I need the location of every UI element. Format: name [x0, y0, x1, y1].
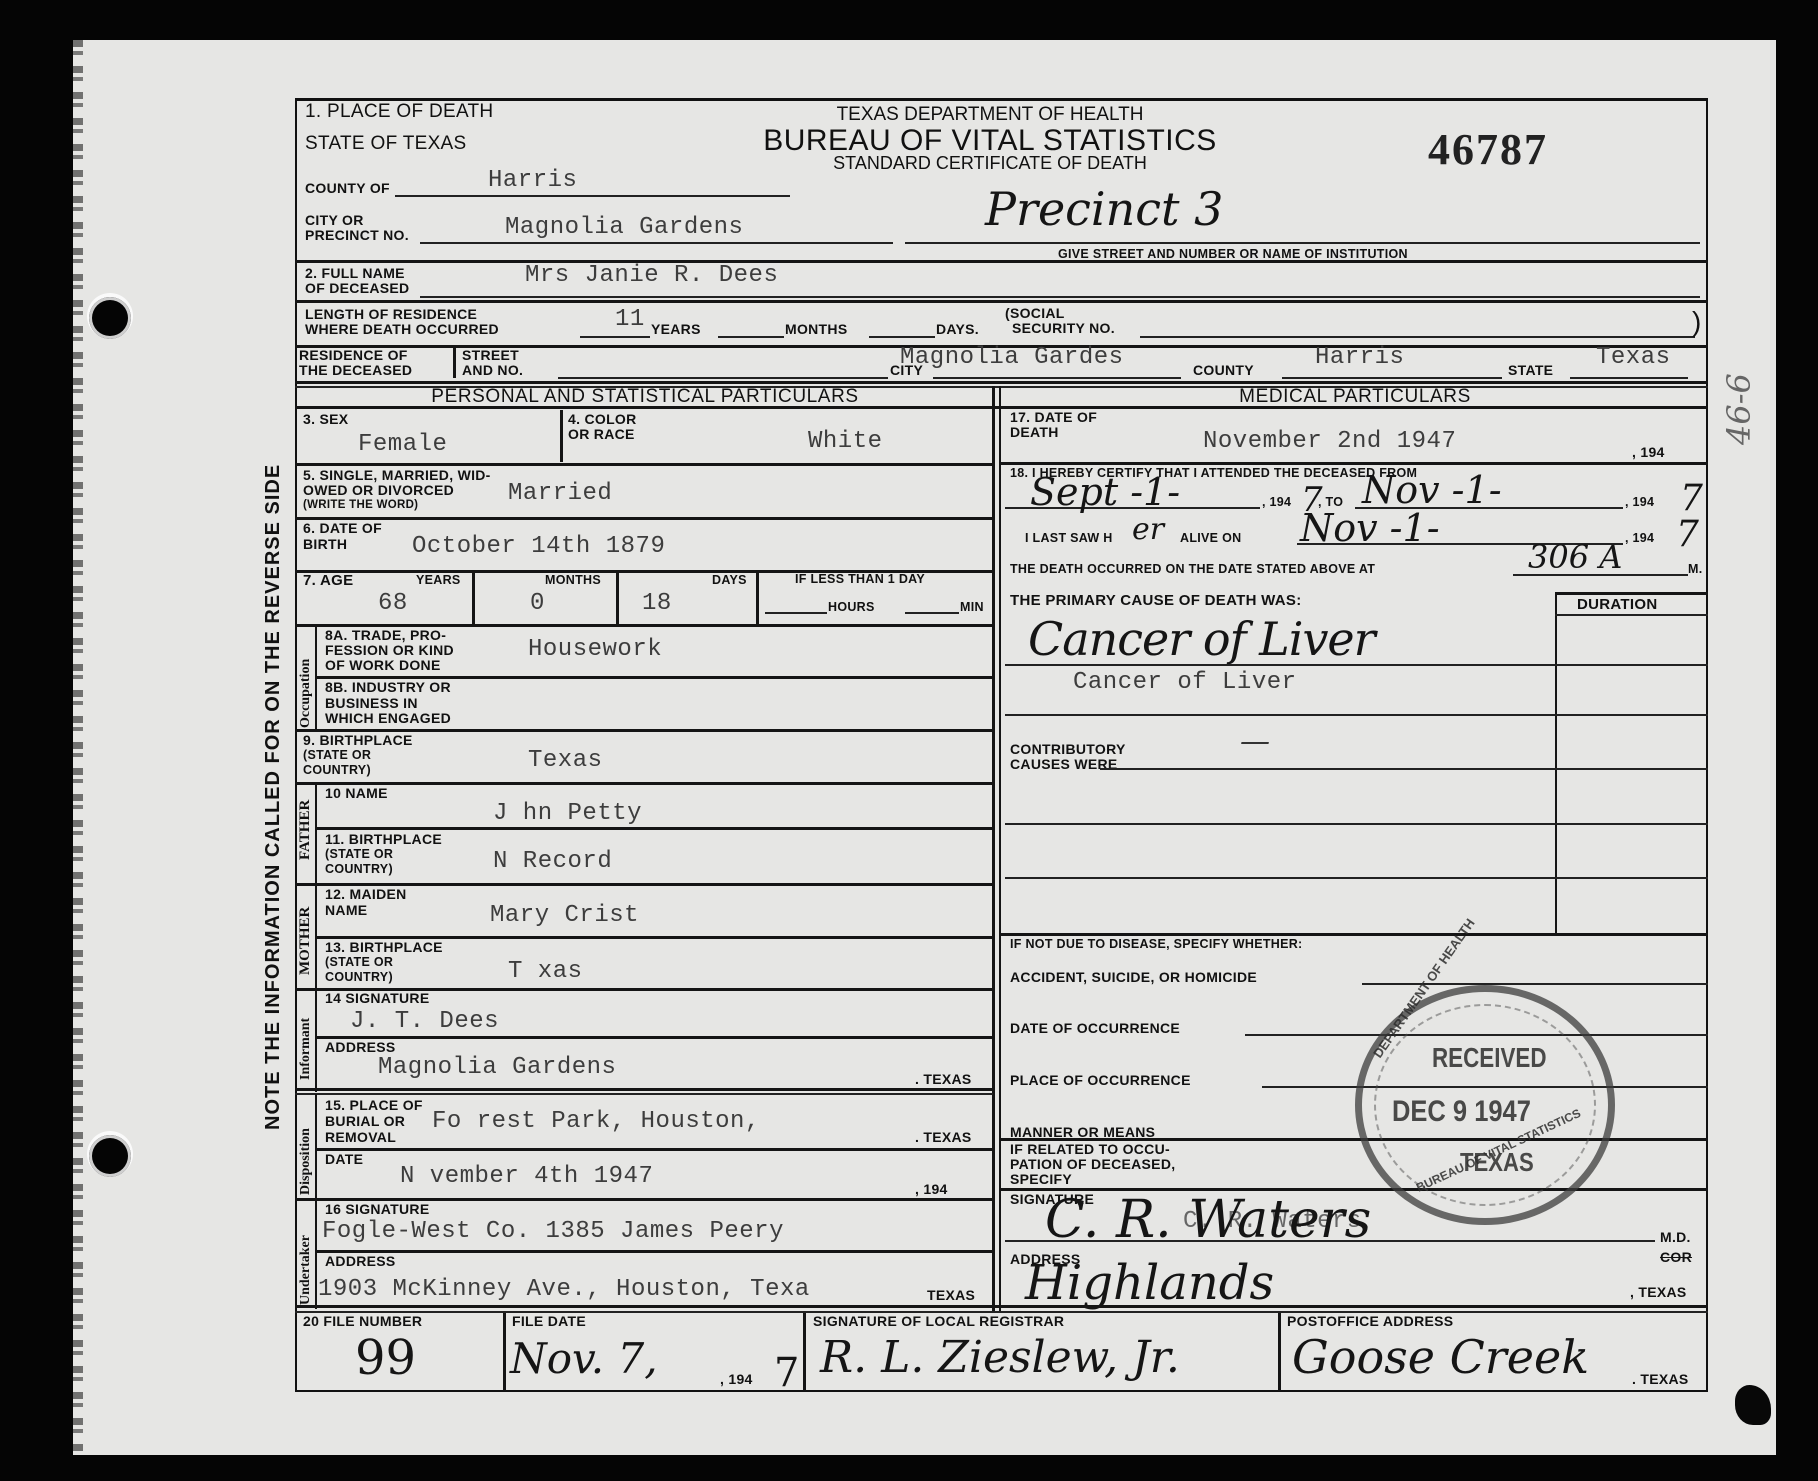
side-divider	[315, 783, 317, 885]
age-divider	[756, 572, 759, 624]
undertaker-address-value: 1903 McKinney Ave., Houston, Texa	[318, 1276, 810, 1303]
mother-name-label-1: 12. MAIDEN	[325, 887, 407, 902]
attended-to-year: 7	[1680, 478, 1703, 519]
column-divider-inner	[999, 386, 1001, 1311]
not-disease-label: IF NOT DUE TO DISEASE, SPECIFY WHETHER:	[1010, 938, 1303, 951]
hours-line	[765, 612, 827, 614]
min-line	[905, 612, 959, 614]
marital-label-1: 5. SINGLE, MARRIED, WID-	[303, 468, 491, 483]
duration-divider	[1555, 592, 1557, 935]
occ-related-label-2: PATION OF DECEASED,	[1010, 1157, 1175, 1172]
city-label-1: CITY OR	[305, 213, 364, 228]
accident-label: ACCIDENT, SUICIDE, OR HOMICIDE	[1010, 970, 1257, 985]
to-year-prefix: , 194	[1625, 496, 1654, 509]
state-label: STATE OF TEXAS	[305, 136, 467, 151]
burial-date-value: N vember 4th 1947	[400, 1163, 653, 1190]
last-saw-year-prefix: , 194	[1625, 532, 1654, 545]
age-months-label: MONTHS	[545, 574, 601, 587]
institution-line	[905, 242, 1700, 244]
county-label: COUNTY OF	[305, 181, 390, 196]
burial-place-value: Fo rest Park, Houston,	[432, 1108, 760, 1135]
signature-line	[1005, 1240, 1655, 1242]
informant-addr-label: ADDRESS	[325, 1040, 396, 1055]
age-years-label: YEARS	[416, 574, 461, 587]
torn-paper-edge	[73, 40, 83, 1455]
last-saw-pronoun: er	[1132, 512, 1164, 547]
birthplace-label-2: (STATE OR	[303, 749, 371, 762]
residence-of-label-1: RESIDENCE OF	[299, 348, 408, 363]
last-saw-year: 7	[1676, 514, 1699, 555]
header-certificate-type: STANDARD CERTIFICATE OF DEATH	[690, 153, 1290, 174]
contributory-line-1	[1100, 768, 1708, 770]
county-value: Harris	[488, 167, 577, 194]
full-name-value: Mrs Janie R. Dees	[525, 262, 778, 289]
duration-label: DURATION	[1577, 597, 1657, 612]
years-line	[580, 336, 650, 338]
dod-label-1: 17. DATE OF	[1010, 410, 1097, 425]
dob-label-1: 6. DATE OF	[303, 521, 382, 536]
undertaker-side-label: Undertaker	[298, 1235, 314, 1305]
postoffice-divider	[1278, 1313, 1281, 1391]
stamp-received: RECEIVED	[1432, 1042, 1547, 1074]
father-bp-label-1: 11. BIRTHPLACE	[325, 832, 442, 847]
duration-top	[1555, 592, 1708, 595]
informant-side-label: Informant	[298, 1018, 314, 1080]
occurrence-date-label: DATE OF OCCURRENCE	[1010, 1021, 1180, 1036]
informant-value: J. T. Dees	[350, 1008, 499, 1035]
burial-label-1: 15. PLACE OF	[325, 1098, 423, 1113]
sex-race-divider	[560, 410, 563, 462]
father-birthplace-value: N Record	[493, 848, 612, 875]
age-years-value: 68	[378, 590, 408, 617]
received-stamp: DEPARTMENT OF HEALTH RECEIVED DEC 9 1947…	[1355, 985, 1615, 1225]
father-name-label: 10 NAME	[325, 786, 388, 801]
postoffice-value: Goose Creek	[1292, 1330, 1589, 1384]
informant-texas: . TEXAS	[915, 1072, 972, 1087]
street-label-1: STREET	[462, 348, 519, 363]
residence-length-label-2: WHERE DEATH OCCURRED	[305, 322, 499, 337]
divider	[295, 406, 1708, 409]
trade-value: Housework	[528, 636, 662, 663]
informant-sig-label: 14 SIGNATURE	[325, 991, 429, 1006]
occ-related-label-3: SPECIFY	[1010, 1172, 1072, 1187]
divider	[295, 782, 993, 785]
file-divider	[503, 1313, 506, 1391]
divider	[295, 463, 993, 466]
res-state-label: STATE	[1508, 363, 1553, 378]
less-than-day-label: IF LESS THAN 1 DAY	[795, 573, 925, 586]
primary-cause-handwritten: Cancer of Liver	[1028, 612, 1375, 666]
precinct-handwritten: Precinct 3	[985, 182, 1223, 236]
column-divider	[992, 386, 995, 1311]
contributory-causes-value: —	[1240, 724, 1270, 759]
informant-address-value: Magnolia Gardens	[378, 1054, 616, 1081]
ssn-label-2: SECURITY NO.	[1012, 321, 1115, 336]
medical-section-title: MEDICAL PARTICULARS	[1005, 386, 1705, 408]
undertaker-texas: TEXAS	[927, 1288, 975, 1303]
occ-related-label-1: IF RELATED TO OCCU-	[1010, 1142, 1170, 1157]
full-name-line	[420, 296, 1700, 298]
residence-years-value: 11	[615, 306, 645, 333]
reverse-side-note: NOTE THE INFORMATION CALLED FOR ON THE R…	[262, 464, 285, 1130]
birthplace-label-3: COUNTRY)	[303, 764, 371, 777]
ssn-label-1: (SOCIAL	[1005, 306, 1065, 321]
header-department: TEXAS DEPARTMENT OF HEALTH	[690, 104, 1290, 126]
full-name-label-1: 2. FULL NAME	[305, 266, 405, 281]
occurrence-place-label: PLACE OF OCCURRENCE	[1010, 1073, 1191, 1088]
postoffice-label: POSTOFFICE ADDRESS	[1287, 1314, 1453, 1329]
age-days-value: 18	[642, 590, 672, 617]
county-line	[395, 195, 790, 197]
father-name-value: J hn Petty	[493, 800, 642, 827]
mother-birthplace-value: T xas	[508, 958, 583, 985]
res-county-line	[1282, 377, 1502, 379]
primary-cause-label: THE PRIMARY CAUSE OF DEATH WAS:	[1010, 593, 1302, 608]
side-divider	[315, 1199, 317, 1309]
accident-line	[1362, 983, 1708, 985]
mother-bp-label-3: COUNTRY)	[325, 971, 393, 984]
marital-label-3: (WRITE THE WORD)	[303, 499, 418, 512]
registrar-signature: R. L. Zieslew, Jr.	[820, 1332, 1180, 1383]
contributory-line-3	[1005, 877, 1708, 879]
res-state-line	[1570, 377, 1688, 379]
years-label: YEARS	[651, 322, 701, 337]
divider	[315, 1250, 993, 1253]
mother-name-value: Mary Crist	[490, 902, 639, 929]
death-time-value: 306 A	[1528, 538, 1622, 576]
full-name-label-2: OF DECEASED	[305, 281, 409, 296]
file-date-year-prefix: , 194	[720, 1372, 753, 1387]
days-label: DAYS.	[936, 322, 979, 337]
trade-label-2: FESSION OR KIND	[325, 643, 454, 658]
duration-head-line	[1555, 614, 1708, 616]
divider	[295, 1093, 993, 1095]
burial-texas: . TEXAS	[915, 1130, 972, 1145]
father-side-label: FATHER	[297, 800, 314, 860]
burial-label-2: BURIAL OR	[325, 1114, 405, 1129]
age-months-value: 0	[530, 590, 545, 617]
file-date-value: Nov. 7,	[510, 1334, 658, 1383]
sex-label: 3. SEX	[303, 412, 348, 427]
cause-line-1	[1005, 664, 1708, 666]
res-county-value: Harris	[1315, 344, 1404, 371]
dod-label-2: DEATH	[1010, 425, 1059, 440]
cor-label: COR	[1660, 1250, 1692, 1265]
death-time-label: THE DEATH OCCURRED ON THE DATE STATED AB…	[1010, 563, 1375, 576]
contributory-label-2: CAUSES WERE	[1010, 757, 1118, 772]
mother-name-label-2: NAME	[325, 903, 367, 918]
undertaker-addr-label: ADDRESS	[325, 1254, 396, 1269]
city-line	[420, 242, 893, 244]
age-divider	[472, 572, 475, 624]
father-bp-label-2: (STATE OR	[325, 848, 393, 861]
physician-address-value: Highlands	[1025, 1255, 1274, 1311]
from-year-prefix: , 194	[1262, 496, 1291, 509]
contributory-label-1: CONTRIBUTORY	[1010, 742, 1126, 757]
divider	[315, 1036, 993, 1039]
disposition-side-label: Disposition	[298, 1128, 314, 1195]
months-line	[718, 336, 784, 338]
age-divider	[616, 572, 619, 624]
punch-hole-top	[89, 297, 131, 339]
mother-side-label: MOTHER	[297, 907, 314, 975]
cause-line-2	[1005, 714, 1708, 716]
divider	[295, 300, 1708, 303]
file-date-year: 7	[774, 1350, 799, 1396]
divider	[295, 260, 1708, 263]
file-date-label: FILE DATE	[512, 1314, 586, 1329]
birthplace-label-1: 9. BIRTHPLACE	[303, 733, 413, 748]
age-label: 7. AGE	[303, 573, 353, 588]
res-city-line	[933, 377, 1181, 379]
divider	[295, 1305, 1708, 1308]
md-label: M.D.	[1660, 1230, 1691, 1245]
father-bp-label-3: COUNTRY)	[325, 863, 393, 876]
punch-hole-bottom	[89, 1135, 131, 1177]
industry-label-3: WHICH ENGAGED	[325, 711, 451, 726]
occupation-side-label: Occupation	[298, 659, 314, 728]
postoffice-texas: . TEXAS	[1632, 1372, 1689, 1387]
mother-bp-label-1: 13. BIRTHPLACE	[325, 940, 443, 955]
res-county-label: COUNTY	[1193, 363, 1254, 378]
m-suffix: M.	[1688, 563, 1703, 576]
contributory-line-2	[1005, 823, 1708, 825]
attended-from-value: Sept -1-	[1030, 470, 1180, 514]
res-city-value: Magnolia Gardes	[900, 344, 1124, 371]
street-line	[558, 377, 888, 379]
dob-label-2: BIRTH	[303, 537, 347, 552]
months-label: MONTHS	[785, 322, 847, 337]
divider	[315, 1148, 993, 1151]
physician-texas: , TEXAS	[1630, 1285, 1687, 1300]
file-number-label: 20 FILE NUMBER	[303, 1314, 422, 1329]
side-divider	[315, 1094, 317, 1199]
registrar-label: SIGNATURE OF LOCAL REGISTRAR	[813, 1314, 1064, 1329]
ssn-paren: )	[1692, 306, 1701, 338]
divider	[295, 1088, 993, 1091]
dod-year-suffix: , 194	[1632, 445, 1665, 460]
dob-value: October 14th 1879	[412, 533, 665, 560]
street-label-2: AND NO.	[462, 363, 523, 378]
mother-bp-label-2: (STATE OR	[325, 956, 393, 969]
divider	[1000, 933, 1708, 936]
file-number-value: 99	[355, 1330, 416, 1386]
marital-label-2: OWED OR DIVORCED	[303, 483, 454, 498]
hours-label: HOURS	[828, 601, 875, 614]
min-label: MIN	[960, 601, 984, 614]
last-saw-label-2: ALIVE ON	[1180, 532, 1241, 545]
burial-date-label: DATE	[325, 1152, 363, 1167]
registrar-divider	[803, 1313, 806, 1391]
sex-value: Female	[358, 431, 447, 458]
res-state-value: Texas	[1596, 344, 1671, 371]
divider	[295, 517, 993, 520]
last-saw-date-value: Nov -1-	[1300, 506, 1440, 550]
burial-label-3: REMOVAL	[325, 1130, 396, 1145]
divider	[315, 827, 993, 830]
residence-length-label-1: LENGTH OF RESIDENCE	[305, 307, 477, 322]
divider	[295, 381, 1708, 384]
race-label-2: OR RACE	[568, 427, 635, 442]
personal-section-title: PERSONAL AND STATISTICAL PARTICULARS	[300, 386, 990, 408]
stamp-date: DEC 9 1947	[1392, 1095, 1531, 1129]
days-line	[869, 336, 935, 338]
undertaker-value: Fogle-West Co. 1385 James Peery	[322, 1218, 784, 1245]
primary-cause-typed: Cancer of Liver	[1073, 669, 1297, 696]
divider	[1000, 462, 1708, 465]
date-of-death-value: November 2nd 1947	[1203, 428, 1456, 455]
certificate-number: 46787	[1428, 124, 1548, 175]
undertaker-sig-label: 16 SIGNATURE	[325, 1202, 429, 1217]
residence-of-label-2: THE DECEASED	[299, 363, 412, 378]
race-label-1: 4. COLOR	[568, 412, 637, 427]
birthplace-value: Texas	[528, 747, 603, 774]
age-days-label: DAYS	[712, 574, 747, 587]
side-divider	[315, 989, 317, 1092]
trade-label-1: 8A. TRADE, PRO-	[325, 628, 446, 643]
last-saw-label-1: I LAST SAW H	[1025, 532, 1113, 545]
marital-value: Married	[508, 480, 612, 507]
city-label-2: PRECINCT NO.	[305, 228, 409, 243]
industry-label-1: 8B. INDUSTRY OR	[325, 680, 451, 695]
ssn-line	[1140, 336, 1695, 338]
margin-annotation: 46-6	[1720, 373, 1758, 445]
burial-year-suffix: , 194	[915, 1182, 948, 1197]
race-value: White	[808, 428, 883, 455]
city-value: Magnolia Gardens	[505, 214, 743, 241]
trade-label-3: OF WORK DONE	[325, 658, 441, 673]
bracket	[453, 348, 456, 378]
industry-label-2: BUSINESS IN	[325, 696, 418, 711]
place-of-death-label: 1. PLACE OF DEATH	[305, 104, 493, 119]
